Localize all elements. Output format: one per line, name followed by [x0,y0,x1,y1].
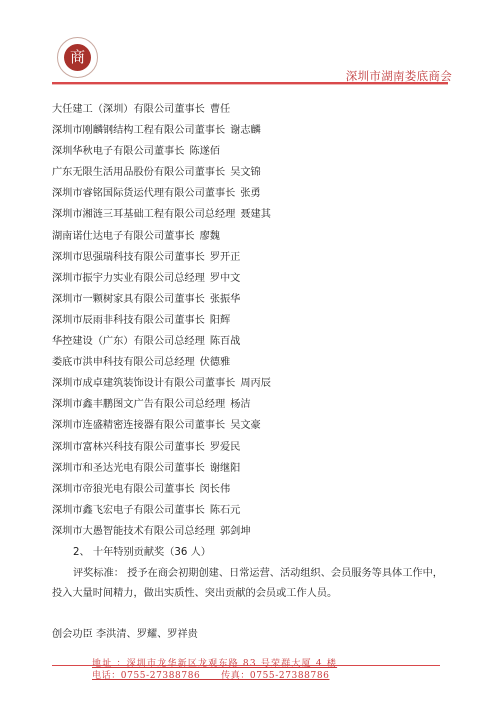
criteria-line-2: 投入大量时间精力，做出实质性、突出贡献的会员或工作人员。 [52,584,337,599]
list-item: 深圳市睿铭国际货运代理有限公司董事长张勇 [52,183,271,204]
chamber-of-commerce-seal-icon: 商 [64,44,91,71]
list-item: 深圳华秋电子有限公司董事长陈遂佰 [52,141,271,162]
list-item: 深圳市振宇力实业有限公司总经理罗中文 [52,268,271,289]
logo-glyph: 商 [70,50,85,65]
founders-line: 创会功臣 李洪清、罗耀、罗祥贵 [52,625,198,640]
list-item: 湖南诺仕达电子有限公司董事长廖魏 [52,226,271,247]
member-list: 大任建工（深圳）有限公司董事长曹任 深圳市刚麟钢结构工程有限公司董事长谢志麟 深… [52,99,271,542]
footer-contact: 电话：0755-27388786 传真：0755-27388786 [92,668,329,681]
list-item: 深圳市鑫丰鹏图文广告有限公司总经理杨洁 [52,394,271,415]
list-item: 深圳市刚麟钢结构工程有限公司董事长谢志麟 [52,120,271,141]
list-item: 深圳市思强瑞科技有限公司董事长罗开正 [52,247,271,268]
list-item: 广东无限生活用品股份有限公司董事长吴文锦 [52,162,271,183]
list-item: 深圳市和圣达光电有限公司董事长谢继阳 [52,458,271,479]
list-item: 大任建工（深圳）有限公司董事长曹任 [52,99,271,120]
list-item: 娄底市洪申科技有限公司总经理伏德雅 [52,352,271,373]
list-item: 深圳市鑫飞宏电子有限公司董事长陈石元 [52,500,271,521]
list-item: 深圳市富林兴科技有限公司董事长罗爱民 [52,437,271,458]
list-item: 深圳市湘涟三耳基础工程有限公司总经理聂建其 [52,204,271,225]
list-item: 深圳市辰雨非科技有限公司董事长阳辉 [52,310,271,331]
list-item: 深圳市大愚智能技术有限公司总经理郭剑坤 [52,521,271,542]
list-item: 深圳市连盛精密连接器有限公司董事长吴文豪 [52,415,271,436]
header-divider-shadow [52,84,448,85]
logo: 商 [57,37,98,78]
list-item: 深圳市成卓建筑装饰设计有限公司董事长周丙辰 [52,373,271,394]
list-item: 深圳市帝狼光电有限公司董事长闵长伟 [52,479,271,500]
criteria-line-1: 评奖标准： 授予在商会初期创建、日常运营、活动组织、会员服务等具体工作中， [73,564,443,579]
list-item: 深圳市一颗树家具有限公司董事长张振华 [52,289,271,310]
list-item: 华控建设（广东）有限公司总经理陈百战 [52,331,271,352]
footer-divider [52,665,440,666]
section-heading: 2、 十年特别贡献奖（36 人） [73,543,211,558]
